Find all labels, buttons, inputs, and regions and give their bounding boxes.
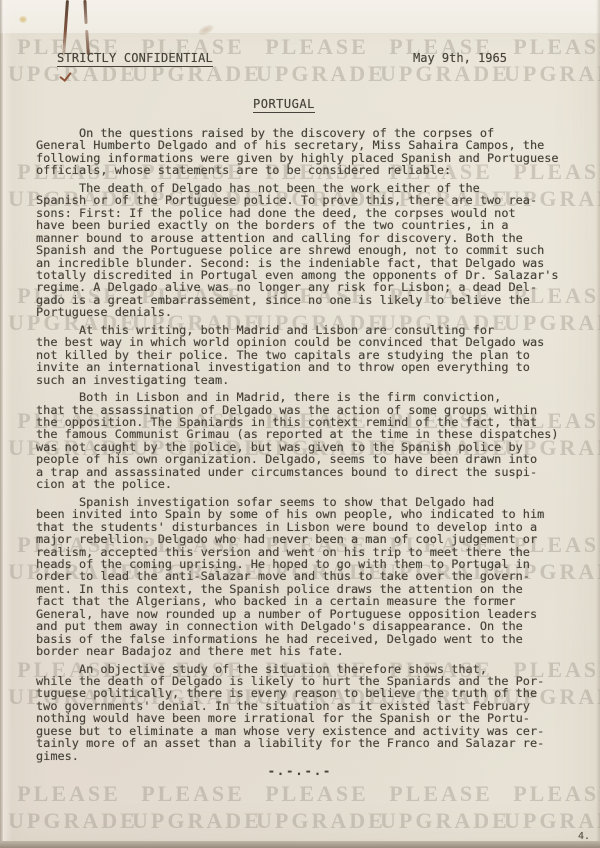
- watermark-text: PLEASEUPGRADE: [504, 780, 600, 834]
- watermark-text: PLEASEUPGRADE: [380, 780, 502, 834]
- paper-left-light-band: [3, 0, 12, 848]
- paragraph-6: An objective study of the situation ther…: [36, 663, 581, 763]
- end-separator: -.-.-.-: [0, 764, 600, 778]
- document-body: On the questions raised by the discovery…: [36, 127, 581, 767]
- yellow-stain: [19, 16, 27, 23]
- watermark-text: PLEASEUPGRADE: [132, 780, 254, 834]
- document-title: PORTUGAL: [253, 97, 315, 113]
- paragraph-1: On the questions raised by the discovery…: [36, 127, 581, 177]
- paragraph-5: Spanish investigation sofar seems to sho…: [36, 496, 581, 658]
- ink-checkmark-stain: [59, 69, 71, 82]
- paragraph-2: The death of Delgado has not been the wo…: [36, 182, 581, 319]
- scanned-document-page: { "document": { "classification": "STRIC…: [0, 0, 600, 848]
- watermark-text: PLEASEUPGRADE: [8, 780, 130, 834]
- paragraph-4: Both in Lisbon and in Madrid, there is t…: [36, 391, 581, 491]
- document-page: PLEASEUPGRADEPLEASEUPGRADEPLEASEUPGRADEP…: [0, 0, 600, 848]
- watermark-text: PLEASEUPGRADE: [504, 33, 600, 87]
- paragraph-3: At this writing, both Madrid and Lisbon …: [36, 324, 581, 386]
- document-date: May 9th, 1965: [413, 51, 507, 65]
- paper-right-edge: [596, 0, 600, 848]
- page-number: 4.: [578, 831, 590, 842]
- paper-bottom-edge: [0, 841, 600, 848]
- watermark-text: PLEASEUPGRADE: [256, 33, 378, 87]
- watermark-text: PLEASEUPGRADE: [256, 780, 378, 834]
- paper-top-strip: [0, 0, 600, 34]
- classification-stamp: STRICTLY CONFIDENTIAL: [57, 51, 213, 67]
